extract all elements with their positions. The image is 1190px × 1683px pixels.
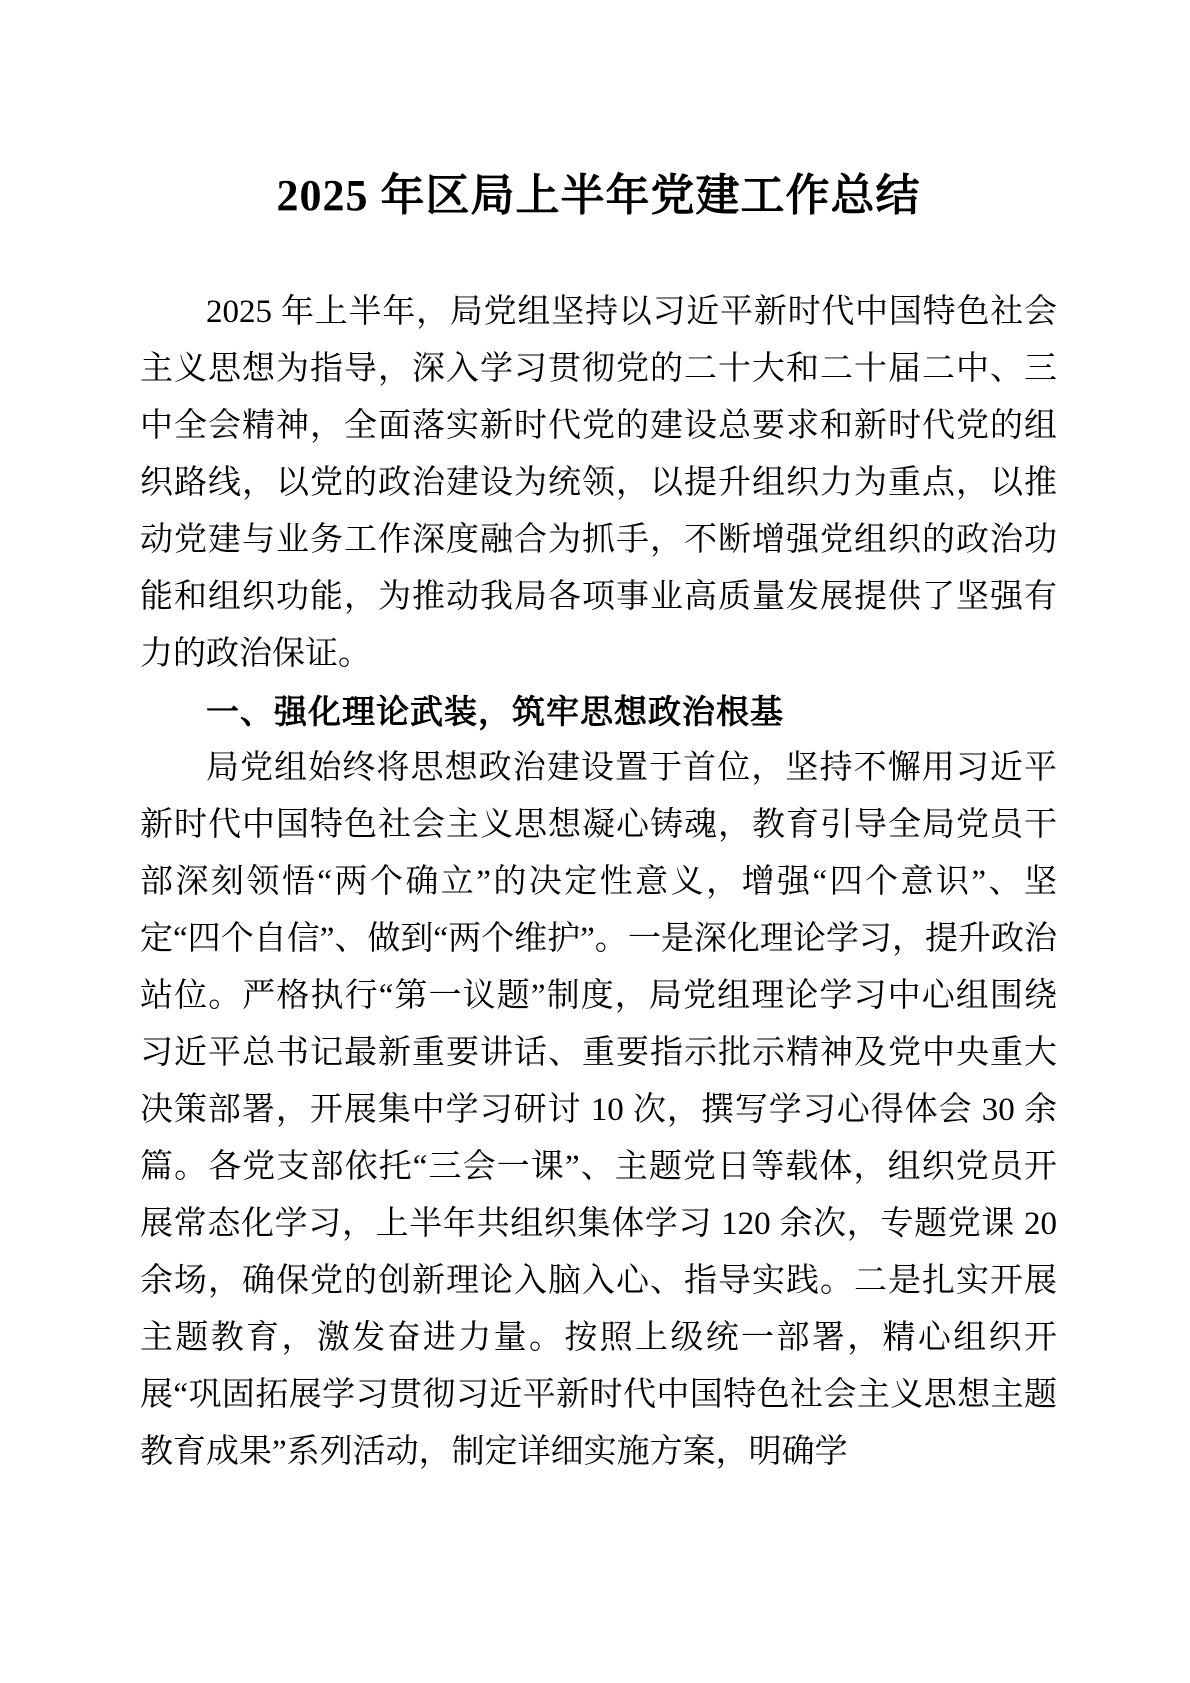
section-1-heading: 一、强化理论武装，筑牢思想政治根基 [140, 683, 1057, 740]
document-title: 2025 年区局上半年党建工作总结 [140, 0, 1057, 224]
document-page: 2025 年区局上半年党建工作总结 2025 年上半年，局党组坚持以习近平新时代… [0, 0, 1190, 1683]
section-1-body-paragraph: 局党组始终将思想政治建设置于首位，坚持不懈用习近平新时代中国特色社会主义思想凝心… [140, 740, 1057, 1481]
intro-paragraph: 2025 年上半年，局党组坚持以习近平新时代中国特色社会主义思想为指导，深入学习… [140, 284, 1057, 683]
